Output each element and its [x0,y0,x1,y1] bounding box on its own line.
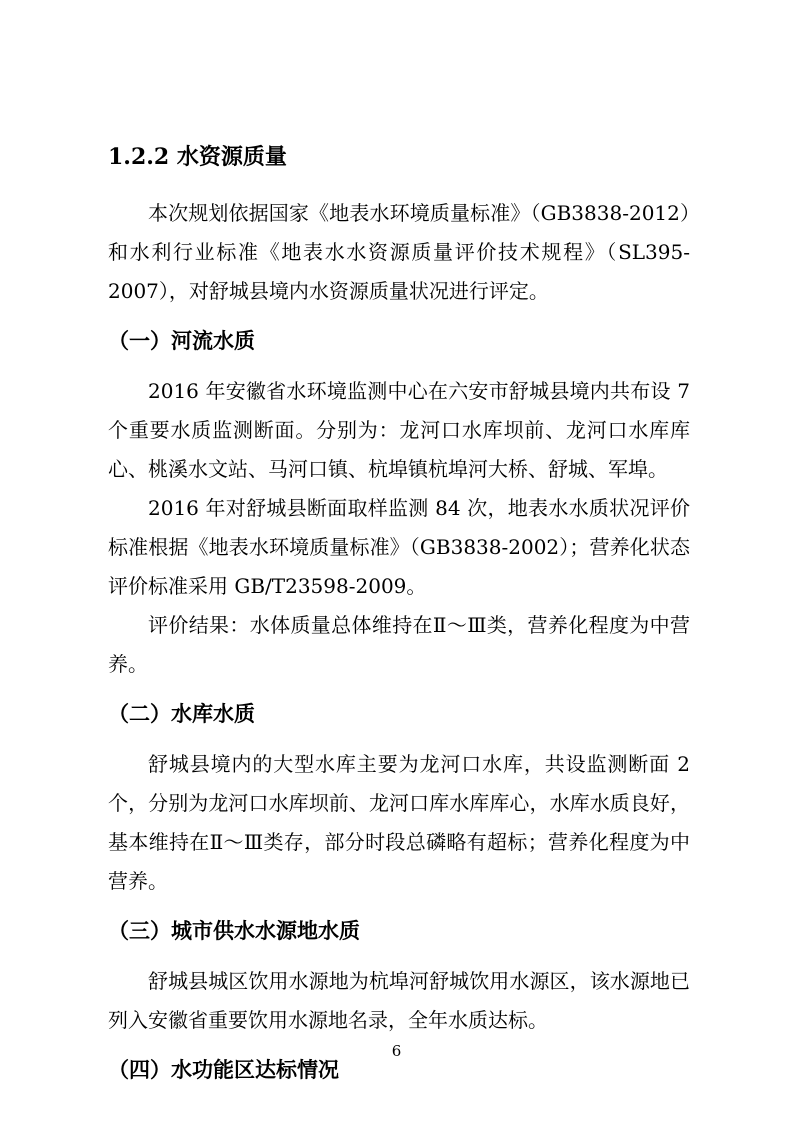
paragraph: 2016 年安徽省水环境监测中心在六安市舒城县境内共布设 7 个重要水质监测断面… [108,372,690,489]
paragraph: 舒城县境内的大型水库主要为龙河口水库，共设监测断面 2 个，分别为龙河口水库坝前… [108,745,690,901]
document-content: 1.2.2 水资源质量 本次规划依据国家《地表水环境质量标准》（GB3838-2… [108,142,690,1101]
page-number: 6 [0,1042,793,1060]
paragraph: 舒城县城区饮用水源地为杭埠河舒城饮用水源区，该水源地已列入安徽省重要饮用水源地名… [108,962,690,1040]
section-heading-urban-water-source-quality: （三）城市供水水源地水质 [108,916,690,946]
intro-paragraph: 本次规划依据国家《地表水环境质量标准》（GB3838-2012）和水利行业标准《… [108,194,690,311]
paragraph: 2016 年对舒城县断面取样监测 84 次，地表水水质状况评价标准根据《地表水环… [108,489,690,606]
section-heading-reservoir-water-quality: （二）水库水质 [108,699,690,729]
paragraph: 评价结果：水体质量总体维持在Ⅱ～Ⅲ类，营养化程度为中营养。 [108,606,690,684]
document-page: 1.2.2 水资源质量 本次规划依据国家《地表水环境质量标准》（GB3838-2… [0,0,793,1122]
chapter-heading: 1.2.2 水资源质量 [108,142,690,172]
section-heading-river-water-quality: （一）河流水质 [108,326,690,356]
